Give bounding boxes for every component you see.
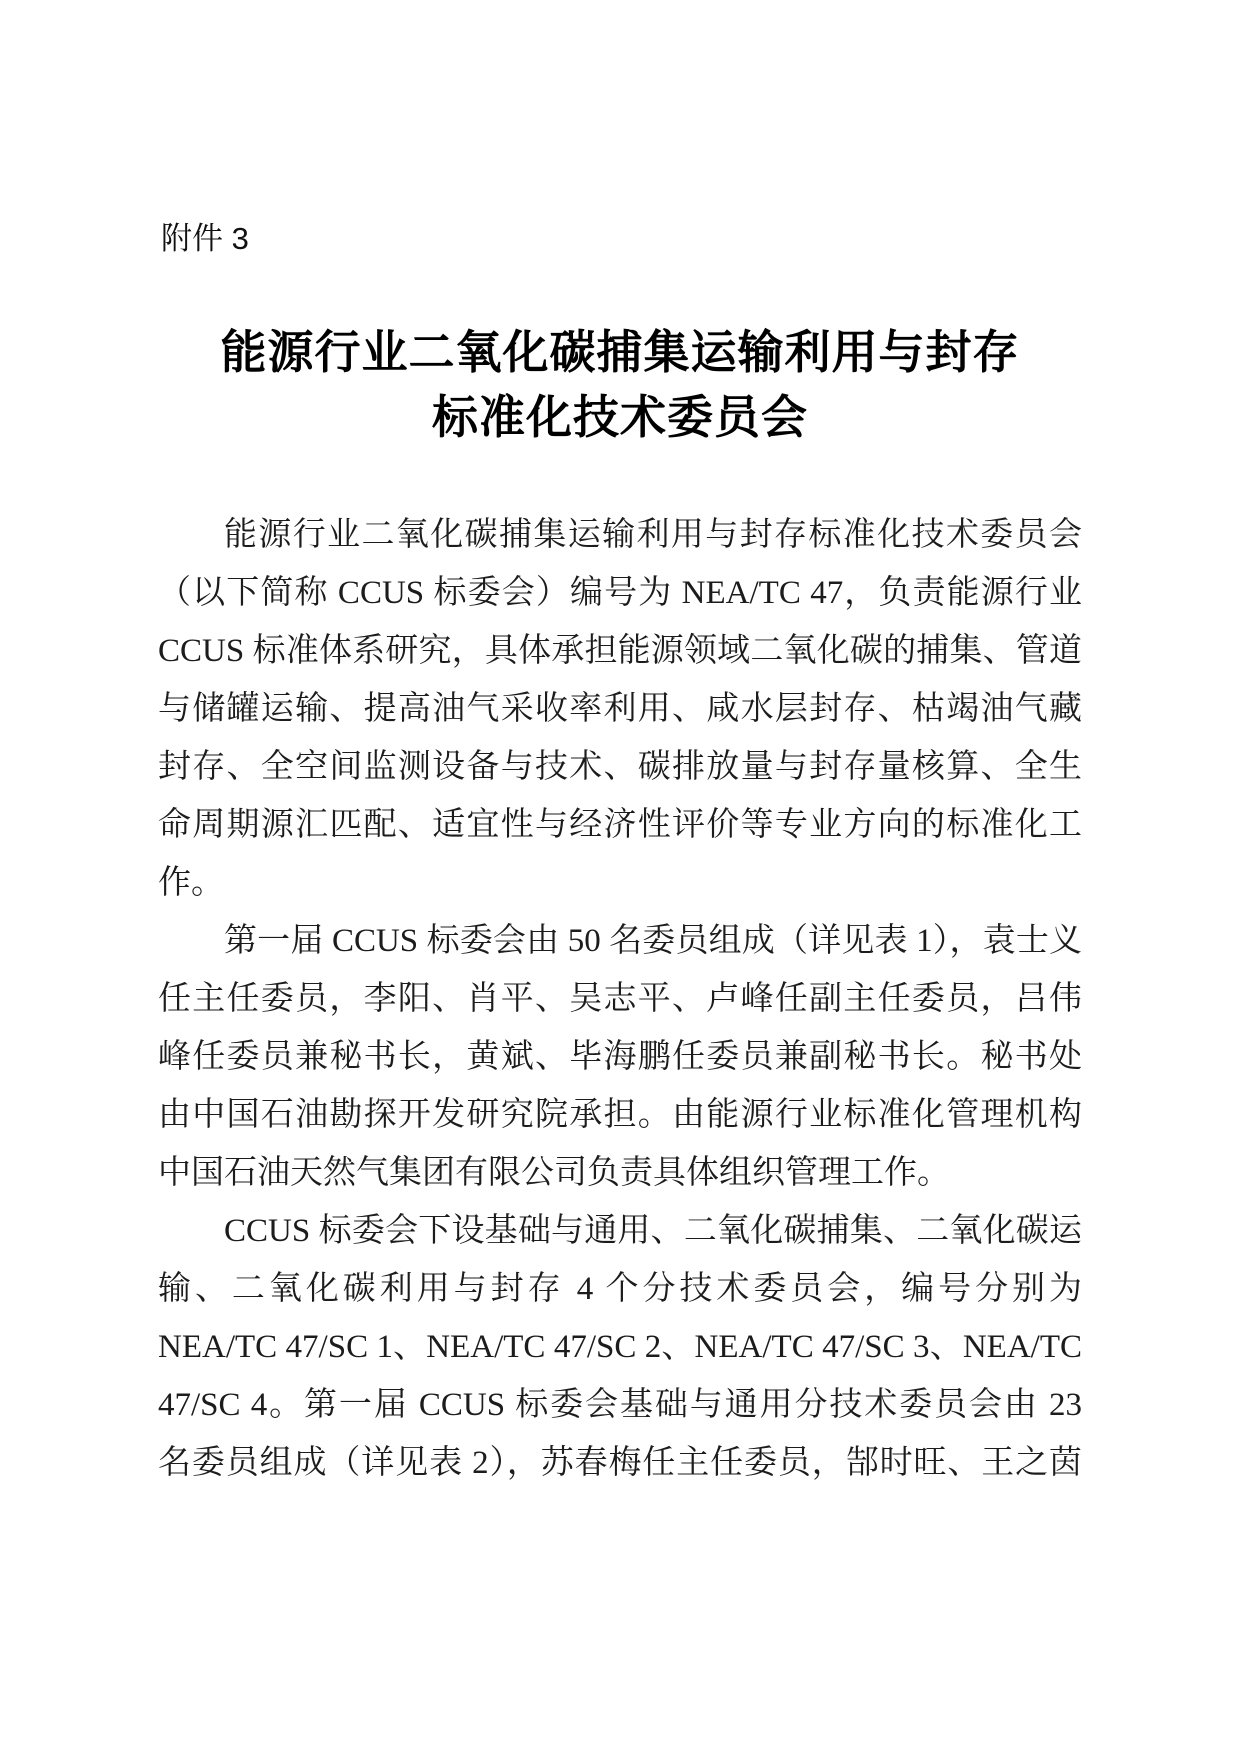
- body-line: 输、二氧化碳利用与封存 4 个分技术委员会，编号分别为: [158, 1260, 1082, 1318]
- body-line: 名委员组成（详见表 2），苏春梅任主任委员，郜时旺、王之茵: [158, 1434, 1082, 1492]
- document-page: 附件 3 能源行业二氧化碳捕集运输利用与封存 标准化技术委员会 能源行业二氧化碳…: [0, 0, 1240, 1753]
- body-line: NEA/TC 47/SC 1、NEA/TC 47/SC 2、NEA/TC 47/…: [158, 1318, 1082, 1376]
- body-line: 峰任委员兼秘书长，黄斌、毕海鹏任委员兼副秘书长。秘书处: [158, 1028, 1082, 1086]
- body-line: 封存、全空间监测设备与技术、碳排放量与封存量核算、全生: [158, 738, 1082, 796]
- body-line: 47/SC 4。第一届 CCUS 标委会基础与通用分技术委员会由 23: [158, 1376, 1082, 1434]
- body-line: 由中国石油勘探开发研究院承担。由能源行业标准化管理机构: [158, 1086, 1082, 1144]
- body-line: 与储罐运输、提高油气采收率利用、咸水层封存、枯竭油气藏: [158, 680, 1082, 738]
- body-line: 第一届 CCUS 标委会由 50 名委员组成（详见表 1），袁士义: [158, 912, 1082, 970]
- document-body: 能源行业二氧化碳捕集运输利用与封存标准化技术委员会 （以下简称 CCUS 标委会…: [158, 506, 1082, 1492]
- body-line: 任主任委员，李阳、肖平、吴志平、卢峰任副主任委员，吕伟: [158, 970, 1082, 1028]
- paragraph-2: 第一届 CCUS 标委会由 50 名委员组成（详见表 1），袁士义 任主任委员，…: [158, 912, 1082, 1202]
- body-line: CCUS 标委会下设基础与通用、二氧化碳捕集、二氧化碳运: [158, 1202, 1082, 1260]
- title-line-2: 标准化技术委员会: [0, 385, 1240, 450]
- body-line: 命周期源汇匹配、适宜性与经济性评价等专业方向的标准化工: [158, 796, 1082, 854]
- body-line: 作。: [158, 854, 1082, 912]
- body-line: CCUS 标准体系研究，具体承担能源领域二氧化碳的捕集、管道: [158, 622, 1082, 680]
- paragraph-3: CCUS 标委会下设基础与通用、二氧化碳捕集、二氧化碳运 输、二氧化碳利用与封存…: [158, 1202, 1082, 1492]
- attachment-label: 附件 3: [161, 220, 249, 258]
- document-title: 能源行业二氧化碳捕集运输利用与封存 标准化技术委员会: [0, 320, 1240, 450]
- paragraph-1: 能源行业二氧化碳捕集运输利用与封存标准化技术委员会 （以下简称 CCUS 标委会…: [158, 506, 1082, 912]
- title-line-1: 能源行业二氧化碳捕集运输利用与封存: [0, 320, 1240, 385]
- body-line: 中国石油天然气集团有限公司负责具体组织管理工作。: [158, 1144, 1082, 1202]
- body-line: 能源行业二氧化碳捕集运输利用与封存标准化技术委员会: [158, 506, 1082, 564]
- body-line: （以下简称 CCUS 标委会）编号为 NEA/TC 47，负责能源行业: [158, 564, 1082, 622]
